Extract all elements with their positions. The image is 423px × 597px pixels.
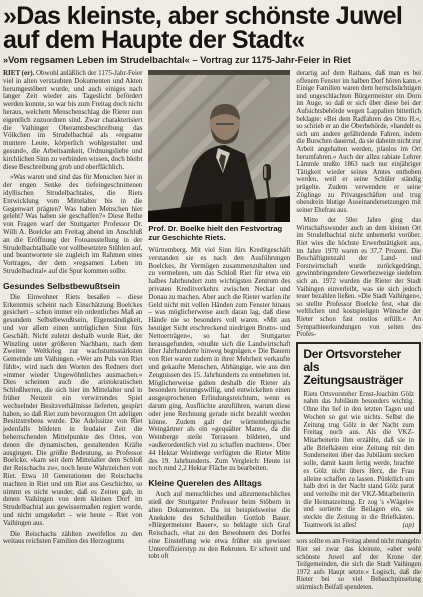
article-subheadline: »Vom regsamen Leben im Strudelbachtal« –… [3, 55, 421, 65]
article-paragraph: Die Einwohner Riets besaßen – diese Erke… [3, 294, 142, 528]
article-columns: RIET (er). Obwohl anläßlich der 1175-Jah… [3, 70, 421, 595]
column-3: derartig auf dem Rathaus, daß man es bei… [296, 70, 421, 595]
dateline: RIET (er). [3, 69, 34, 77]
article-paragraph: Württemberg. Mit viel Sinn fürs Kreditge… [148, 247, 290, 473]
infobox-text: Riets Ortsvorsteher Ernst-Joachim Gölz n… [303, 391, 414, 529]
newspaper-page: »Das kleinste, aber schönste Juwel auf d… [0, 0, 423, 597]
article-paragraph: derartig auf dem Rathaus, daß man es bei… [296, 70, 421, 214]
column-2: Prof. Dr. Boelke hielt den Festvortrag z… [148, 70, 290, 564]
article-paragraph: Auch auf menschliches und allzumenschlic… [148, 491, 290, 561]
speaker-photo [148, 70, 290, 222]
article-paragraph: sors sollte es am Freitag abend nicht ma… [296, 538, 421, 591]
infobox-signature: (ap) [403, 522, 414, 530]
lead-paragraph: RIET (er). Obwohl anläßlich der 1175-Jah… [3, 70, 142, 171]
article-paragraph: »Was waren und sind das für Menschen hie… [3, 174, 142, 275]
article-figure: Prof. Dr. Boelke hielt den Festvortrag z… [148, 70, 290, 242]
photo-caption: Prof. Dr. Boelke hielt den Festvortrag z… [148, 224, 290, 242]
article-paragraph: Mitte der 50er Jahre ging das Wirtschaft… [296, 217, 421, 339]
article-paragraph: Die Reischachs zählten zweifellos zu den… [3, 531, 142, 547]
column-1: RIET (er). Obwohl anläßlich der 1175-Jah… [3, 70, 142, 549]
infobox-body: Riets Ortsvorsteher Ernst-Joachim Gölz n… [303, 391, 414, 530]
crosshead-selbstbewusstsein: Gesundes Selbstbewußtsein [3, 281, 142, 291]
sidebar-infobox: Der Ortsvorsteher als Zeitungsausträger … [296, 342, 421, 535]
infobox-title: Der Ortsvorsteher als Zeitungsausträger [303, 348, 414, 387]
lead-paragraph-text: Obwohl anläßlich der 1175-Jahr-Feier vie… [3, 69, 142, 171]
article-headline: »Das kleinste, aber schönste Juwel auf d… [3, 4, 421, 52]
crosshead-querelen: Kleine Querelen des Alltags [148, 478, 290, 488]
